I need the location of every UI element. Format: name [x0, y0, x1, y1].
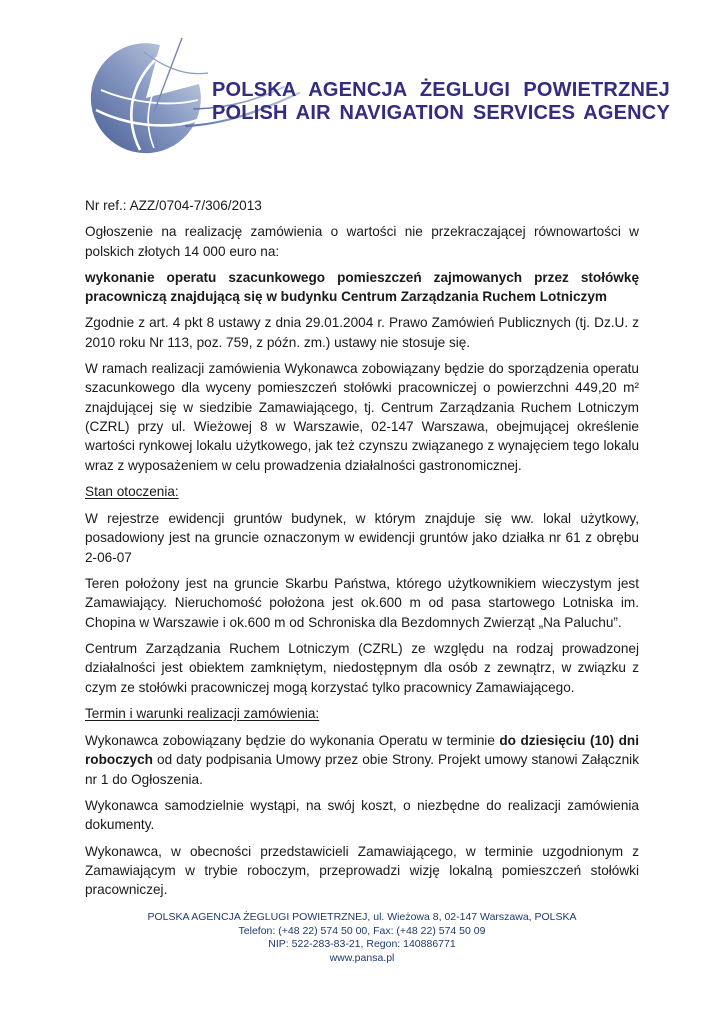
closed-facility-clause: Centrum Zarządzania Ruchem Lotniczym (CZ…: [85, 639, 639, 697]
terrain-location-clause: Teren położony jest na gruncie Skarbu Pa…: [85, 574, 639, 632]
globe-shape: [91, 43, 201, 153]
reference-number: Nr ref.: AZZ/0704-7/306/2013: [85, 196, 639, 215]
footer: POLSKA AGENCJA ŻEGLUGI POWIETRZNEJ, ul. …: [0, 911, 724, 965]
section-heading-terms: Termin i warunki realizacji zamówienia:: [85, 704, 639, 723]
agency-name-english: POLISH AIR NAVIGATION SERVICES AGENCY: [212, 102, 670, 125]
legal-basis: Zgodnie z art. 4 pkt 8 ustawy z dnia 29.…: [85, 313, 639, 352]
document-body: Nr ref.: AZZ/0704-7/306/2013 Ogłoszenie …: [85, 196, 639, 907]
deadline-clause: Wykonawca zobowiązany będzie do wykonani…: [85, 731, 639, 789]
footer-website: www.pansa.pl: [0, 952, 724, 966]
deadline-prefix: Wykonawca zobowiązany będzie do wykonani…: [85, 733, 499, 748]
order-subject: wykonanie operatu szacunkowego pomieszcz…: [85, 268, 639, 307]
agency-title: POLSKA AGENCJA ŻEGLUGI POWIETRZNEJ POLIS…: [212, 79, 670, 125]
announcement-intro: Ogłoszenie na realizację zamówienia o wa…: [85, 222, 639, 261]
footer-phone-fax: Telefon: (+48 22) 574 50 00, Fax: (+48 2…: [0, 925, 724, 939]
site-visit-clause: Wykonawca, w obecności przedstawicieli Z…: [85, 842, 639, 900]
document-page: POLSKA AGENCJA ŻEGLUGI POWIETRZNEJ POLIS…: [0, 0, 724, 1024]
footer-address: POLSKA AGENCJA ŻEGLUGI POWIETRZNEJ, ul. …: [0, 911, 724, 925]
section-heading-surroundings: Stan otoczenia:: [85, 482, 639, 501]
footer-nip-regon: NIP: 522-283-83-21, Regon: 140886771: [0, 938, 724, 952]
agency-name-polish: POLSKA AGENCJA ŻEGLUGI POWIETRZNEJ: [212, 79, 670, 102]
land-registry-clause: W rejestrze ewidencji gruntów budynek, w…: [85, 509, 639, 567]
documents-clause: Wykonawca samodzielnie wystąpi, na swój …: [85, 796, 639, 835]
order-scope: W ramach realizacji zamówienia Wykonawca…: [85, 359, 639, 475]
deadline-suffix: od daty podpisania Umowy przez obie Stro…: [85, 752, 639, 786]
